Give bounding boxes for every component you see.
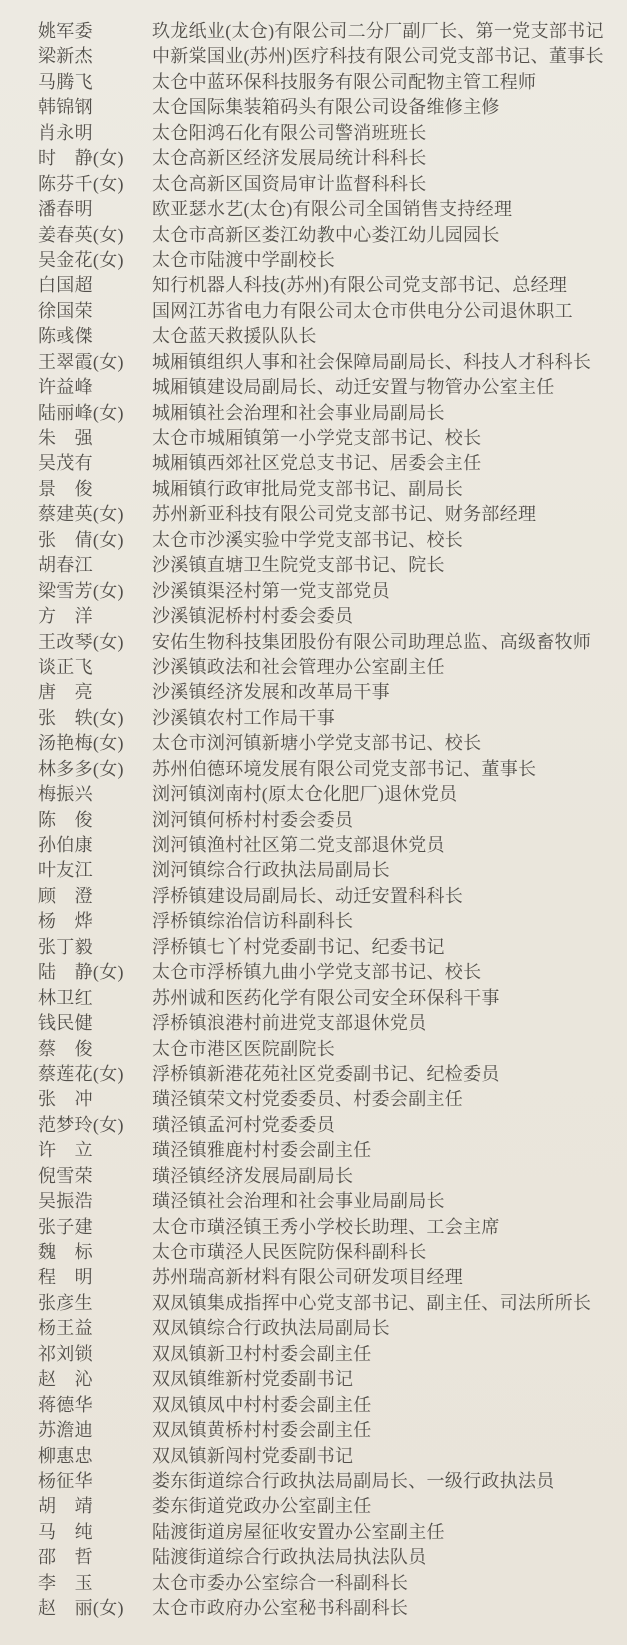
person-name: 肖永明 [38, 121, 93, 146]
person-title: 苏州诚和医药化学有限公司安全环保科干事 [152, 986, 500, 1011]
person-title: 浮桥镇七丫村党委副书记、纪委书记 [152, 935, 445, 960]
person-title: 双凤镇黄桥村村委会副主任 [152, 1418, 372, 1443]
person-name: 赵 丽(女) [38, 1596, 124, 1621]
roster-row: 陆 静(女) 太仓市浮桥镇九曲小学党支部书记、校长 [0, 960, 627, 985]
roster-row: 李 玉 太仓市委办公室综合一科副科长 [0, 1571, 627, 1596]
person-title: 太仓市港区医院副院长 [152, 1037, 335, 1062]
person-title: 浏河镇渔村社区第二党支部退休党员 [152, 833, 445, 858]
person-title: 双凤镇新闯村党委副书记 [152, 1444, 353, 1469]
person-title: 浏河镇综合行政执法局副局长 [152, 858, 390, 883]
person-title: 沙溪镇农村工作局干事 [152, 706, 335, 731]
person-title: 太仓国际集装箱码头有限公司设备维修主修 [152, 95, 500, 120]
person-title: 城厢镇组织人事和社会保障局副局长、科技人才科科长 [152, 350, 591, 375]
person-title: 陆渡街道综合行政执法局执法队员 [152, 1545, 427, 1570]
person-name: 徐国荣 [38, 299, 93, 324]
roster-row: 邵 哲 陆渡街道综合行政执法局执法队员 [0, 1545, 627, 1570]
person-name: 王改琴(女) [38, 630, 124, 655]
person-title: 太仓市陆渡中学副校长 [152, 248, 335, 273]
person-title: 太仓市城厢镇第一小学党支部书记、校长 [152, 426, 481, 451]
roster-row: 白国超 知行机器人科技(苏州)有限公司党支部书记、总经理 [0, 273, 627, 298]
roster-row: 张 冲 璜泾镇荣文村党委委员、村委会副主任 [0, 1087, 627, 1112]
person-name: 蔡 俊 [38, 1037, 93, 1062]
person-name: 梅振兴 [38, 782, 93, 807]
roster-row: 赵 丽(女) 太仓市政府办公室秘书科副科长 [0, 1596, 627, 1621]
roster-row: 许 立 璜泾镇雅鹿村村委会副主任 [0, 1138, 627, 1163]
roster-row: 孙伯康 浏河镇渔村社区第二党支部退休党员 [0, 833, 627, 858]
person-title: 太仓市璜泾镇王秀小学校长助理、工会主席 [152, 1215, 500, 1240]
person-name: 邵 哲 [38, 1545, 93, 1570]
roster-row: 林多多(女) 苏州伯德环境发展有限公司党支部书记、董事长 [0, 757, 627, 782]
roster-row: 张彦生 双凤镇集成指挥中心党支部书记、副主任、司法所所长 [0, 1291, 627, 1316]
person-title: 太仓市浮桥镇九曲小学党支部书记、校长 [152, 960, 481, 985]
roster-row: 蔡 俊 太仓市港区医院副院长 [0, 1037, 627, 1062]
roster-row: 陈 俊 浏河镇何桥村村委会委员 [0, 808, 627, 833]
person-title: 双凤镇集成指挥中心党支部书记、副主任、司法所所长 [152, 1291, 591, 1316]
roster-row: 吴振浩 璜泾镇社会治理和社会事业局副局长 [0, 1189, 627, 1214]
roster-row: 吴茂有 城厢镇西郊社区党总支书记、居委会主任 [0, 451, 627, 476]
person-name: 马 纯 [38, 1520, 93, 1545]
roster-row: 姜春英(女) 太仓市高新区娄江幼教中心娄江幼儿园园长 [0, 223, 627, 248]
person-name: 许 立 [38, 1138, 93, 1163]
person-title: 太仓市政府办公室秘书科副科长 [152, 1596, 408, 1621]
roster-row: 杨征华 娄东街道综合行政执法局副局长、一级行政执法员 [0, 1469, 627, 1494]
person-title: 知行机器人科技(苏州)有限公司党支部书记、总经理 [152, 273, 567, 298]
roster-row: 蒋德华 双凤镇凤中村村委会副主任 [0, 1393, 627, 1418]
person-name: 李 玉 [38, 1571, 93, 1596]
person-name: 叶友江 [38, 858, 93, 883]
person-title: 城厢镇建设局副局长、动迁安置与物管办公室主任 [152, 375, 555, 400]
roster-row: 朱 强 太仓市城厢镇第一小学党支部书记、校长 [0, 426, 627, 451]
person-title: 太仓市璜泾人民医院防保科副科长 [152, 1240, 427, 1265]
person-title: 太仓市委办公室综合一科副科长 [152, 1571, 408, 1596]
roster-row: 唐 亮 沙溪镇经济发展和改革局干事 [0, 680, 627, 705]
roster-row: 赵 沁 双凤镇维新村党委副书记 [0, 1367, 627, 1392]
roster-row: 胡春江 沙溪镇直塘卫生院党支部书记、院长 [0, 553, 627, 578]
roster-row: 潘春明 欧亚瑟水艺(太仓)有限公司全国销售支持经理 [0, 197, 627, 222]
roster-row: 谈正飞 沙溪镇政法和社会管理办公室副主任 [0, 655, 627, 680]
roster-row: 陈彧傑 太仓蓝天救援队队长 [0, 324, 627, 349]
roster-row: 祁刘锁 双凤镇新卫村村委会副主任 [0, 1342, 627, 1367]
person-title: 浮桥镇新港花苑社区党委副书记、纪检委员 [152, 1062, 500, 1087]
person-title: 太仓阳鸿石化有限公司警消班班长 [152, 121, 427, 146]
person-name: 程 明 [38, 1265, 93, 1290]
person-name: 杨 烨 [38, 909, 93, 934]
person-name: 范梦玲(女) [38, 1113, 124, 1138]
person-name: 祁刘锁 [38, 1342, 93, 1367]
person-title: 陆渡街道房屋征收安置办公室副主任 [152, 1520, 445, 1545]
person-name: 方 洋 [38, 604, 93, 629]
person-name: 朱 强 [38, 426, 93, 451]
person-name: 姜春英(女) [38, 223, 124, 248]
person-name: 苏澹迪 [38, 1418, 93, 1443]
roster-row: 魏 标 太仓市璜泾人民医院防保科副科长 [0, 1240, 627, 1265]
person-title: 太仓中蓝环保科技服务有限公司配物主管工程师 [152, 70, 536, 95]
roster-row: 时 静(女) 太仓高新区经济发展局统计科科长 [0, 146, 627, 171]
roster-row: 马 纯 陆渡街道房屋征收安置办公室副主任 [0, 1520, 627, 1545]
person-name: 陆丽峰(女) [38, 401, 124, 426]
roster-row: 张丁毅 浮桥镇七丫村党委副书记、纪委书记 [0, 935, 627, 960]
roster-row: 王改琴(女) 安佑生物科技集团股份有限公司助理总监、高级畜牧师 [0, 630, 627, 655]
roster-row: 马腾飞 太仓中蓝环保科技服务有限公司配物主管工程师 [0, 70, 627, 95]
person-title: 璜泾镇社会治理和社会事业局副局长 [152, 1189, 445, 1214]
person-title: 玖龙纸业(太仓)有限公司二分厂副厂长、第一党支部书记 [152, 19, 604, 44]
roster-row: 张 倩(女) 太仓市沙溪实验中学党支部书记、校长 [0, 528, 627, 553]
person-name: 韩锦钢 [38, 95, 93, 120]
person-title: 双凤镇维新村党委副书记 [152, 1367, 353, 1392]
person-title: 太仓蓝天救援队队长 [152, 324, 317, 349]
roster-row: 苏澹迪 双凤镇黄桥村村委会副主任 [0, 1418, 627, 1443]
person-title: 沙溪镇政法和社会管理办公室副主任 [152, 655, 445, 680]
person-name: 魏 标 [38, 1240, 93, 1265]
person-title: 国网江苏省电力有限公司太仓市供电分公司退休职工 [152, 299, 573, 324]
roster-row: 肖永明 太仓阳鸿石化有限公司警消班班长 [0, 121, 627, 146]
person-name: 梁雪芳(女) [38, 579, 124, 604]
person-title: 双凤镇新卫村村委会副主任 [152, 1342, 372, 1367]
person-title: 双凤镇凤中村村委会副主任 [152, 1393, 372, 1418]
person-title: 太仓市沙溪实验中学党支部书记、校长 [152, 528, 463, 553]
person-name: 张子建 [38, 1215, 93, 1240]
roster-row: 梅振兴 浏河镇浏南村(原太仓化肥厂)退休党员 [0, 782, 627, 807]
roster-row: 韩锦钢 太仓国际集装箱码头有限公司设备维修主修 [0, 95, 627, 120]
person-title: 浏河镇浏南村(原太仓化肥厂)退休党员 [152, 782, 457, 807]
roster-row: 陆丽峰(女) 城厢镇社会治理和社会事业局副局长 [0, 401, 627, 426]
person-title: 太仓高新区国资局审计监督科科长 [152, 172, 427, 197]
roster-row: 胡 靖 娄东街道党政办公室副主任 [0, 1494, 627, 1519]
person-title: 沙溪镇直塘卫生院党支部书记、院长 [152, 553, 445, 578]
person-title: 浮桥镇建设局副局长、动迁安置科科长 [152, 884, 463, 909]
roster-row: 林卫红 苏州诚和医药化学有限公司安全环保科干事 [0, 986, 627, 1011]
roster-row: 杨 烨 浮桥镇综治信访科副科长 [0, 909, 627, 934]
person-name: 胡 靖 [38, 1494, 93, 1519]
person-name: 赵 沁 [38, 1367, 93, 1392]
roster-row: 陈芬千(女) 太仓高新区国资局审计监督科科长 [0, 172, 627, 197]
person-name: 吴金花(女) [38, 248, 124, 273]
person-name: 许益峰 [38, 375, 93, 400]
person-title: 安佑生物科技集团股份有限公司助理总监、高级畜牧师 [152, 630, 591, 655]
person-title: 太仓市高新区娄江幼教中心娄江幼儿园园长 [152, 223, 500, 248]
person-title: 璜泾镇荣文村党委委员、村委会副主任 [152, 1087, 463, 1112]
person-name: 孙伯康 [38, 833, 93, 858]
person-name: 马腾飞 [38, 70, 93, 95]
person-title: 城厢镇行政审批局党支部书记、副局长 [152, 477, 463, 502]
roster-row: 吴金花(女) 太仓市陆渡中学副校长 [0, 248, 627, 273]
roster-row: 方 洋 沙溪镇泥桥村村委会委员 [0, 604, 627, 629]
person-title: 娄东街道综合行政执法局副局长、一级行政执法员 [152, 1469, 555, 1494]
person-title: 太仓市浏河镇新塘小学党支部书记、校长 [152, 731, 481, 756]
person-name: 顾 澄 [38, 884, 93, 909]
person-name: 林卫红 [38, 986, 93, 1011]
person-title: 城厢镇西郊社区党总支书记、居委会主任 [152, 451, 481, 476]
roster-row: 蔡建英(女) 苏州新亚科技有限公司党支部书记、财务部经理 [0, 502, 627, 527]
person-name: 汤艳梅(女) [38, 731, 124, 756]
person-name: 张彦生 [38, 1291, 93, 1316]
person-title: 浮桥镇浪港村前进党支部退休党员 [152, 1011, 427, 1036]
person-name: 谈正飞 [38, 655, 93, 680]
roster-row: 范梦玲(女) 璜泾镇孟河村党委委员 [0, 1113, 627, 1138]
roster-row: 许益峰 城厢镇建设局副局长、动迁安置与物管办公室主任 [0, 375, 627, 400]
person-title: 欧亚瑟水艺(太仓)有限公司全国销售支持经理 [152, 197, 512, 222]
roster-row: 汤艳梅(女) 太仓市浏河镇新塘小学党支部书记、校长 [0, 731, 627, 756]
person-title: 璜泾镇孟河村党委委员 [152, 1113, 335, 1138]
person-name: 梁新杰 [38, 44, 93, 69]
person-name: 陆 静(女) [38, 960, 124, 985]
roster-row: 姚军委 玖龙纸业(太仓)有限公司二分厂副厂长、第一党支部书记 [0, 19, 627, 44]
person-name: 陈 俊 [38, 808, 93, 833]
person-name: 张 轶(女) [38, 706, 124, 731]
person-name: 白国超 [38, 273, 93, 298]
person-name: 钱民健 [38, 1011, 93, 1036]
roster-row: 梁新杰 中新棠国业(苏州)医疗科技有限公司党支部书记、董事长 [0, 44, 627, 69]
person-title: 沙溪镇泥桥村村委会委员 [152, 604, 353, 629]
person-name: 杨王益 [38, 1316, 93, 1341]
roster-row: 蔡莲花(女) 浮桥镇新港花苑社区党委副书记、纪检委员 [0, 1062, 627, 1087]
person-name: 胡春江 [38, 553, 93, 578]
person-name: 蔡莲花(女) [38, 1062, 124, 1087]
roster-row: 张 轶(女) 沙溪镇农村工作局干事 [0, 706, 627, 731]
person-title: 双凤镇综合行政执法局副局长 [152, 1316, 390, 1341]
person-name: 陈芬千(女) [38, 172, 124, 197]
person-name: 吴振浩 [38, 1189, 93, 1214]
person-name: 倪雪荣 [38, 1164, 93, 1189]
person-title: 浮桥镇综治信访科副科长 [152, 909, 353, 934]
person-name: 张丁毅 [38, 935, 93, 960]
roster-row: 王翠霞(女) 城厢镇组织人事和社会保障局副局长、科技人才科科长 [0, 350, 627, 375]
person-name: 陈彧傑 [38, 324, 93, 349]
person-name: 王翠霞(女) [38, 350, 124, 375]
roster-row: 梁雪芳(女) 沙溪镇渠泾村第一党支部党员 [0, 579, 627, 604]
roster-row: 柳惠忠 双凤镇新闯村党委副书记 [0, 1444, 627, 1469]
person-title: 浏河镇何桥村村委会委员 [152, 808, 353, 833]
roster-row: 钱民健 浮桥镇浪港村前进党支部退休党员 [0, 1011, 627, 1036]
person-name: 潘春明 [38, 197, 93, 222]
person-name: 景 俊 [38, 477, 93, 502]
roster-row: 杨王益 双凤镇综合行政执法局副局长 [0, 1316, 627, 1341]
person-name: 姚军委 [38, 19, 93, 44]
person-title: 中新棠国业(苏州)医疗科技有限公司党支部书记、董事长 [152, 44, 604, 69]
person-title: 沙溪镇经济发展和改革局干事 [152, 680, 390, 705]
person-name: 柳惠忠 [38, 1444, 93, 1469]
person-name: 唐 亮 [38, 680, 93, 705]
roster-row: 顾 澄 浮桥镇建设局副局长、动迁安置科科长 [0, 884, 627, 909]
roster-row: 张子建 太仓市璜泾镇王秀小学校长助理、工会主席 [0, 1215, 627, 1240]
person-name: 张 冲 [38, 1087, 93, 1112]
roster-row: 程 明 苏州瑞高新材料有限公司研发项目经理 [0, 1265, 627, 1290]
person-title: 苏州新亚科技有限公司党支部书记、财务部经理 [152, 502, 536, 527]
person-title: 苏州伯德环境发展有限公司党支部书记、董事长 [152, 757, 536, 782]
person-name: 时 静(女) [38, 146, 124, 171]
roster-row: 徐国荣 国网江苏省电力有限公司太仓市供电分公司退休职工 [0, 299, 627, 324]
roster-list: 姚军委 玖龙纸业(太仓)有限公司二分厂副厂长、第一党支部书记 梁新杰 中新棠国业… [0, 19, 627, 1622]
person-name: 吴茂有 [38, 451, 93, 476]
person-name: 蔡建英(女) [38, 502, 124, 527]
person-name: 蒋德华 [38, 1393, 93, 1418]
roster-row: 景 俊 城厢镇行政审批局党支部书记、副局长 [0, 477, 627, 502]
roster-row: 叶友江 浏河镇综合行政执法局副局长 [0, 858, 627, 883]
person-title: 沙溪镇渠泾村第一党支部党员 [152, 579, 390, 604]
person-name: 杨征华 [38, 1469, 93, 1494]
person-title: 娄东街道党政办公室副主任 [152, 1494, 372, 1519]
person-title: 璜泾镇经济发展局副局长 [152, 1164, 353, 1189]
person-name: 张 倩(女) [38, 528, 124, 553]
person-title: 苏州瑞高新材料有限公司研发项目经理 [152, 1265, 463, 1290]
person-title: 太仓高新区经济发展局统计科科长 [152, 146, 427, 171]
roster-document: 姚军委 玖龙纸业(太仓)有限公司二分厂副厂长、第一党支部书记 梁新杰 中新棠国业… [0, 0, 627, 1645]
person-name: 林多多(女) [38, 757, 124, 782]
roster-row: 倪雪荣 璜泾镇经济发展局副局长 [0, 1164, 627, 1189]
person-title: 璜泾镇雅鹿村村委会副主任 [152, 1138, 372, 1163]
person-title: 城厢镇社会治理和社会事业局副局长 [152, 401, 445, 426]
